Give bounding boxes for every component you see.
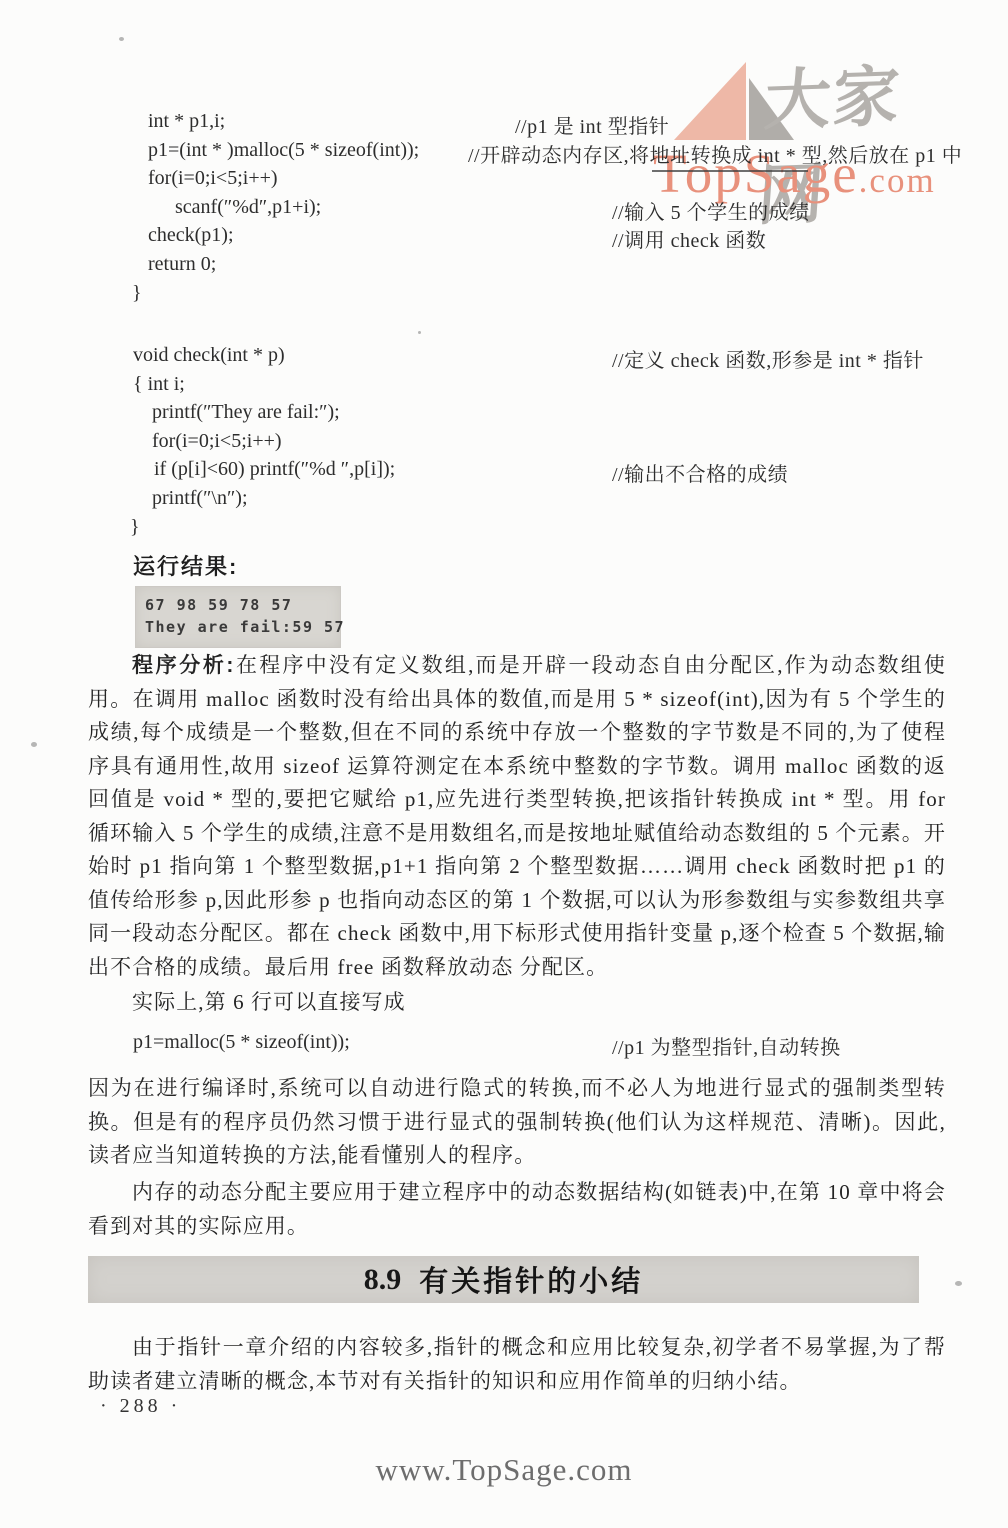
scan-speck (119, 37, 124, 41)
program-output-box: 67 98 59 78 57 They are fail:59 57 (135, 586, 341, 648)
scan-speck (31, 742, 37, 747)
conversion-paragraph: 因为在进行编译时,系统可以自动进行隐式的转换,而不必人为地进行显式的强制类型转换… (88, 1072, 946, 1173)
code-line: if (p[i]<60) printf(″%d ″,p[i]);//输出不合格的… (133, 458, 395, 487)
analysis-text: 在程序中没有定义数组,而是开辟一段动态自由分配区,作为动态数组使用。在调用 ma… (88, 653, 946, 979)
memory-paragraph: 内存的动态分配主要应用于建立程序中的动态数据结构(如链表)中,在第 10 章中将… (88, 1176, 946, 1243)
output-line: 67 98 59 78 57 (145, 594, 341, 616)
code-line: void check(int * p)//定义 check 函数,形参是 int… (133, 344, 395, 373)
scan-speck (955, 1281, 962, 1286)
summary-intro-paragraph: 由于指针一章介绍的内容较多,指针的概念和应用比较复杂,初学者不易掌握,为了帮助读… (88, 1331, 946, 1398)
analysis-label: 程序分析: (132, 654, 235, 677)
code-listing-main: int * p1,i;//p1 是 int 型指针 p1=(int * )mal… (148, 110, 419, 310)
code-line: { int i; (133, 373, 395, 402)
run-result-heading: 运行结果: (133, 550, 238, 581)
code-line: p1=malloc(5 * sizeof(int));//p1 为整型指针,自动… (133, 1031, 350, 1061)
logo-flag-pink-icon (674, 62, 746, 140)
note-paragraph: 实际上,第 6 行可以直接写成 (88, 986, 946, 1020)
code-line: printf(″They are fail:″); (133, 401, 395, 430)
code-line: return 0; (148, 253, 419, 282)
code-line: check(p1);//调用 check 函数 (148, 224, 419, 253)
section-number: 8.9 (364, 1263, 402, 1297)
output-line: They are fail:59 57 (145, 616, 341, 638)
analysis-paragraph: 程序分析:在程序中没有定义数组,而是开辟一段动态自由分配区,作为动态数组使用。在… (88, 649, 946, 984)
code-line: scanf(″%d″,p1+i);//输入 5 个学生的成绩 (148, 196, 419, 225)
code-line: for(i=0;i<5;i++) (133, 430, 395, 459)
code-line-alternative: p1=malloc(5 * sizeof(int));//p1 为整型指针,自动… (133, 1031, 350, 1061)
code-line: for(i=0;i<5;i++) (148, 167, 419, 196)
code-comment: //输出不合格的成绩 (612, 458, 788, 487)
scan-speck (418, 331, 421, 334)
code-comment: //p1 为整型指针,自动转换 (612, 1031, 841, 1060)
scan-underline-mark (652, 170, 808, 172)
code-comment: //p1 是 int 型指针 (515, 110, 669, 139)
code-line: printf(″\n″); (133, 487, 395, 516)
section-heading-band: 8.9 有关指针的小结 (88, 1256, 919, 1303)
code-comment: //输入 5 个学生的成绩 (612, 196, 810, 225)
code-line: } (133, 516, 395, 545)
code-comment: //定义 check 函数,形参是 int * 指针 (612, 344, 924, 373)
footer-watermark: www.TopSage.com (0, 1452, 1008, 1488)
code-comment: //开辟动态内存区,将地址转换成 int * 型,然后放在 p1 中 (468, 139, 962, 168)
code-listing-check-function: void check(int * p)//定义 check 函数,形参是 int… (133, 344, 395, 544)
code-line: int * p1,i;//p1 是 int 型指针 (148, 110, 419, 139)
code-line: p1=(int * )malloc(5 * sizeof(int));//开辟动… (148, 139, 419, 168)
code-line: } (148, 282, 419, 311)
code-comment: //调用 check 函数 (612, 224, 766, 253)
section-title: 有关指针的小结 (419, 1259, 643, 1300)
textbook-page: 大家网 TopSage.com int * p1,i;//p1 是 int 型指… (0, 0, 1008, 1528)
page-number: · 288 · (100, 1395, 181, 1418)
